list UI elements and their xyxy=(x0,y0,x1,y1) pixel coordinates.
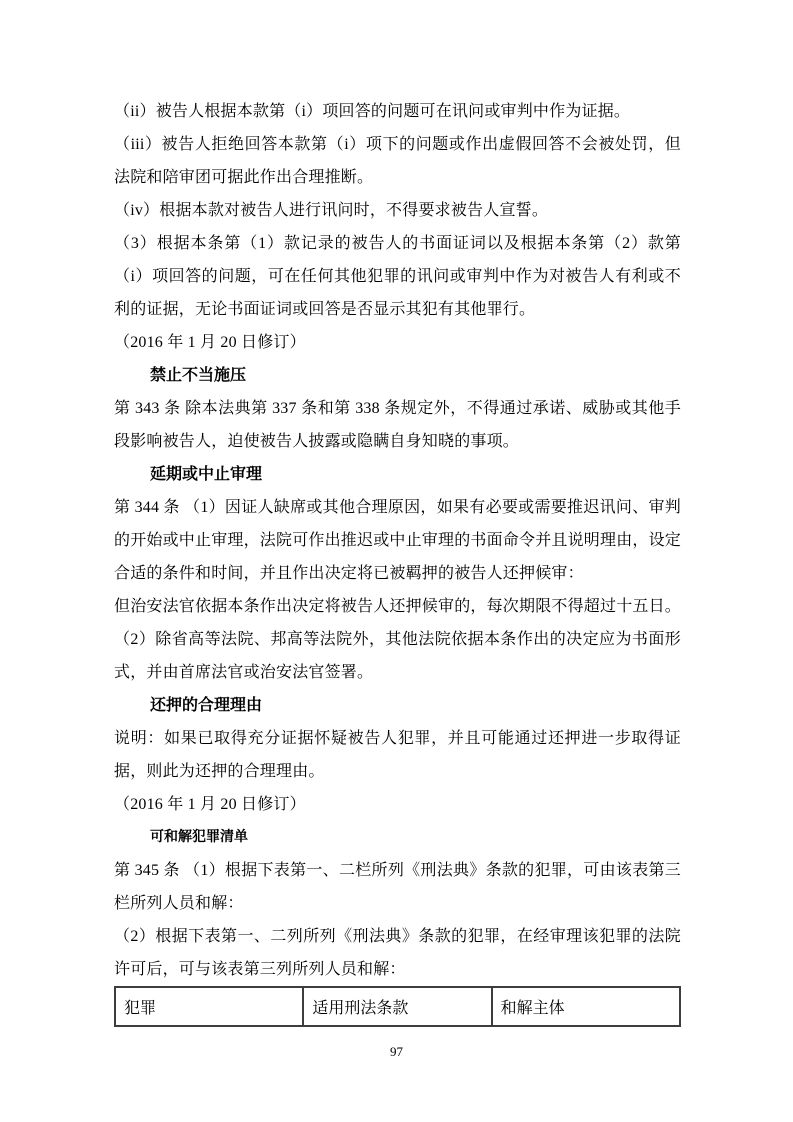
table-header-offense: 犯罪 xyxy=(115,987,303,1026)
table-header-settlement-party: 和解主体 xyxy=(492,987,680,1026)
amendment-note: （2016 年 1 月 20 日修订） xyxy=(114,326,681,359)
article-345-clause-2-paragraph: （2）根据下表第一、二列所列《刑法典》条款的犯罪，在经审理该犯罪的法院许可后，可… xyxy=(114,920,681,986)
clause-ii-paragraph: （ii）被告人根据本款第（i）项回答的问题可在讯问或审判中作为证据。 xyxy=(114,95,681,128)
article-344-clause-1-paragraph: 第 344 条 （1）因证人缺席或其他合理原因，如果有必要或需要推迟讯问、审判的… xyxy=(114,491,681,590)
amendment-note-2: （2016 年 1 月 20 日修订） xyxy=(114,788,681,821)
table-header-applicable-article: 适用刑法条款 xyxy=(303,987,491,1026)
clause-iii-paragraph: （iii）被告人拒绝回答本款第（i）项下的问题或作出虚假回答不会被处罚，但法院和… xyxy=(114,128,681,194)
clause-iv-paragraph: （iv）根据本款对被告人进行讯问时，不得要求被告人宣誓。 xyxy=(114,194,681,227)
section-heading-postpone-or-adjourn: 延期或中止审理 xyxy=(114,458,681,491)
section-heading-compoundable-offenses: 可和解犯罪清单 xyxy=(114,821,681,854)
article-344-proviso-paragraph: 但治安法官依据本条作出决定将被告人还押候审的，每次期限不得超过十五日。 xyxy=(114,590,681,623)
section-heading-remand-grounds: 还押的合理理由 xyxy=(114,689,681,722)
clause-3-paragraph: （3）根据本条第（1）款记录的被告人的书面证词以及根据本条第（2）款第（i）项回… xyxy=(114,227,681,326)
page-number: 97 xyxy=(0,1044,793,1060)
document-body: （ii）被告人根据本款第（i）项回答的问题可在讯问或审判中作为证据。 （iii）… xyxy=(114,95,681,1027)
section-heading-no-improper-pressure: 禁止不当施压 xyxy=(114,359,681,392)
table-header-row: 犯罪 适用刑法条款 和解主体 xyxy=(115,987,680,1026)
compoundable-offenses-table: 犯罪 适用刑法条款 和解主体 xyxy=(114,986,681,1027)
remand-explanation-paragraph: 说明：如果已取得充分证据怀疑被告人犯罪，并且可能通过还押进一步取得证据，则此为还… xyxy=(114,722,681,788)
document-page: （ii）被告人根据本款第（i）项回答的问题可在讯问或审判中作为证据。 （iii）… xyxy=(0,0,793,1122)
article-343-paragraph: 第 343 条 除本法典第 337 条和第 338 条规定外，不得通过承诺、威胁… xyxy=(114,392,681,458)
article-345-clause-1-paragraph: 第 345 条 （1）根据下表第一、二栏所列《刑法典》条款的犯罪，可由该表第三栏… xyxy=(114,854,681,920)
article-344-clause-2-paragraph: （2）除省高等法院、邦高等法院外，其他法院依据本条作出的决定应为书面形式，并由首… xyxy=(114,623,681,689)
